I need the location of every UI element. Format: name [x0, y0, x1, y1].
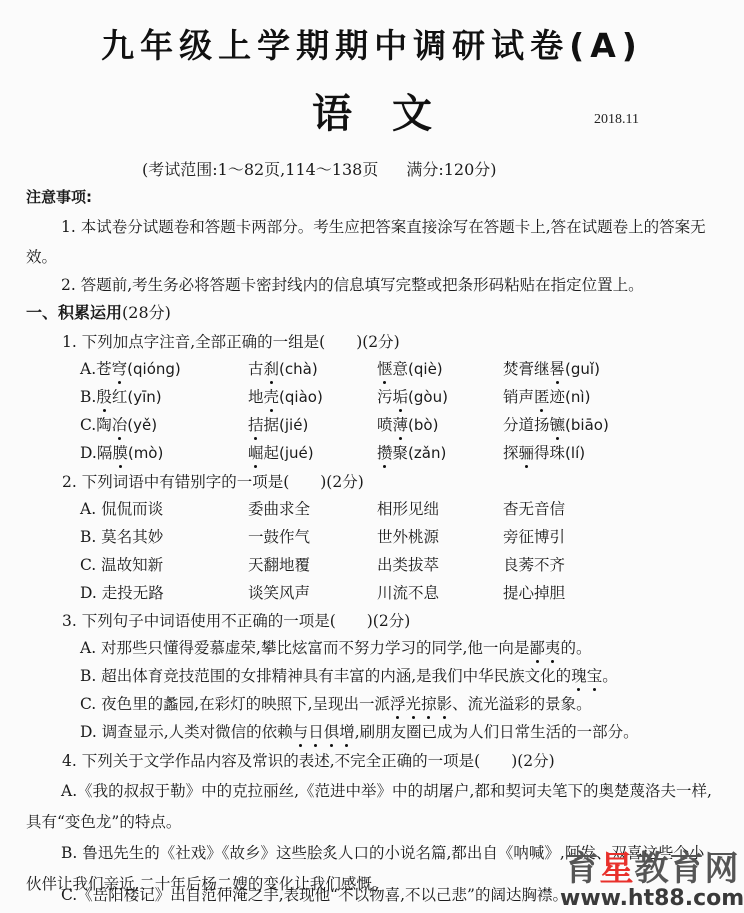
- emphasis-dot-char: 掠: [421, 695, 437, 713]
- emphasis-dot-char: 穹: [112, 360, 128, 378]
- word: 谈笑风声: [248, 584, 310, 602]
- option-word: 谈笑风声: [248, 581, 310, 603]
- word-part: 焚膏继: [503, 360, 550, 378]
- emphasis-dot-char: 鄙: [529, 639, 545, 657]
- option-word: 委曲求全: [248, 497, 310, 519]
- sentence-part: ,刷朋友圈已成为人们日常生活的一部分。: [355, 723, 639, 741]
- emphasis-dot-char: 垢: [393, 388, 409, 406]
- pinyin: (zǎn): [408, 444, 446, 462]
- word-part: 污: [377, 388, 393, 406]
- watermark-logo: 育星教育网 www.ht88.com: [560, 852, 744, 910]
- option-word: 古刹(chà): [248, 357, 318, 379]
- question-1-stem: 1. 下列加点字注音,全部正确的一组是( )(2分): [62, 330, 400, 352]
- option-word: 川流不息: [377, 581, 439, 603]
- emphasis-dot-char: 镳: [550, 416, 566, 434]
- option-word: 出类拔萃: [377, 553, 439, 575]
- emphasis-dot-char: 骊: [519, 444, 535, 462]
- pinyin: (chà): [279, 360, 318, 378]
- word: 侃侃而谈: [101, 500, 163, 518]
- word-part: 迹: [550, 388, 566, 406]
- option-word: 旁征博引: [503, 525, 565, 547]
- section-points: (28分): [122, 303, 171, 322]
- option-word: 崛起(jué): [248, 441, 314, 463]
- notice-item-2: 2. 答题前,考生务必将答题卡密封线内的信息填写完整或把条形码粘贴在指定位置上。: [26, 270, 716, 300]
- word: 旁征博引: [503, 528, 565, 546]
- pinyin: (jié): [279, 416, 308, 434]
- emphasis-dot-char: 浮: [390, 695, 406, 713]
- option-sentence: D. 调查显示,人类对微信的依赖与日俱增,刷朋友圈已成为人们日常生活的一部分。: [80, 720, 639, 742]
- pinyin: (guǐ): [565, 360, 600, 378]
- word: 杳无音信: [503, 500, 565, 518]
- word: 相形见绌: [377, 500, 439, 518]
- option-word: 杳无音信: [503, 497, 565, 519]
- exam-range-line: (考试范围:1～82页,114～138页满分:120分): [142, 157, 497, 180]
- word: 出类拔萃: [377, 556, 439, 574]
- option-word: 分道扬镳(biāo): [503, 413, 609, 435]
- option-label: A.: [80, 500, 101, 518]
- option-word: 世外桃源: [377, 525, 439, 547]
- word: 提心掉胆: [503, 584, 565, 602]
- emphasis-dot-char: 崛: [248, 444, 264, 462]
- exam-date: 2018.11: [594, 112, 639, 128]
- question-4-option-a: A.《我的叔叔于勒》中的克拉丽丝,《范进中举》中的胡屠户,都和契诃夫笔下的奥楚蔑…: [26, 776, 716, 838]
- emphasis-dot-char: 增: [339, 723, 355, 741]
- notice-item-1: 1. 本试卷分试题卷和答题卡两部分。考生应把答案直接涂写在答题卡上,答在试题卷上…: [26, 212, 716, 272]
- option-label: A.: [80, 360, 96, 378]
- pinyin: (gòu): [408, 388, 448, 406]
- option-word: 销声匿迹(nì): [503, 385, 590, 407]
- option-word: 焚膏继晷(guǐ): [503, 357, 600, 379]
- sentence-part: A. 对那些只懂得爱慕虚荣,攀比炫富而不努力学习的同学,他一向是: [80, 639, 529, 657]
- emphasis-dot-char: 日: [308, 723, 324, 741]
- question-4-stem: 4. 下列关于文学作品内容及常识的表述,不完全正确的一项是( )(2分): [62, 749, 555, 771]
- exam-page: 九年级上学期期中调研试卷(A) 语文 2018.11 (考试范围:1～82页,1…: [0, 0, 744, 913]
- word-part: 聚: [393, 444, 409, 462]
- question-2-stem: 2. 下列词语中有错别字的一项是( )(2分): [62, 470, 364, 492]
- pinyin: (qióng): [127, 360, 181, 378]
- sentence-part: D. 调查显示,人类对微信的依赖: [80, 723, 293, 741]
- word: 良莠不齐: [503, 556, 565, 574]
- watermark-url: www.ht88.com: [560, 888, 744, 910]
- sentence-part: 的。: [560, 639, 591, 657]
- pinyin: (bò): [408, 416, 438, 434]
- watermark-brand: 育星教育网: [560, 852, 744, 886]
- option-sentence: B. 超出体育竞技范围的女排精神具有丰富的内涵,是我们中华民族文化的瑰宝。: [80, 664, 618, 686]
- option-word: B. 莫名其妙: [80, 525, 163, 547]
- option-label: D.: [80, 584, 102, 602]
- section-heading: 一、积累运用(28分): [26, 300, 171, 323]
- emphasis-dot-char: 殷: [96, 388, 112, 406]
- watermark-star-char: 星: [600, 849, 635, 889]
- option-word: A.苍穹(qióng): [80, 357, 181, 379]
- pinyin: (mò): [128, 444, 164, 462]
- option-word: 惬意(qiè): [377, 357, 443, 379]
- option-label: B.: [80, 388, 96, 406]
- pinyin: (jué): [279, 444, 314, 462]
- word-part: 陶: [96, 416, 112, 434]
- word-part: 分道扬: [503, 416, 550, 434]
- word-part: 地: [248, 388, 264, 406]
- option-word: 良莠不齐: [503, 553, 565, 575]
- sentence-part: B. 超出体育竞技范围的女排精神具有丰富的内涵,是我们中华民族文化的: [80, 667, 571, 685]
- word: 世外桃源: [377, 528, 439, 546]
- emphasis-dot-char: 宝: [587, 667, 603, 685]
- option-label: B.: [80, 528, 101, 546]
- subject-char-2: 文: [392, 91, 432, 137]
- word: 温故知新: [101, 556, 163, 574]
- emphasis-dot-char: 膜: [112, 444, 128, 462]
- word-part: 红: [112, 388, 128, 406]
- option-word: 提心掉胆: [503, 581, 565, 603]
- word: 川流不息: [377, 584, 439, 602]
- option-word: D. 走投无路: [80, 581, 164, 603]
- sentence-part: C. 夜色里的蠡园,在彩灯的映照下,呈现出一派: [80, 695, 390, 713]
- emphasis-dot-char: 刹: [264, 360, 280, 378]
- exam-range: (考试范围:1～82页,114～138页: [142, 160, 378, 179]
- word-part: 意: [393, 360, 409, 378]
- emphasis-dot-char: 冶: [112, 416, 128, 434]
- word-part: 得珠: [534, 444, 565, 462]
- option-word: 拮据(jié): [248, 413, 308, 435]
- word-part: 据: [264, 416, 280, 434]
- emphasis-dot-char: 夷: [545, 639, 561, 657]
- word: 天翻地覆: [248, 556, 310, 574]
- pinyin: (nì): [565, 388, 590, 406]
- subject-title: 语文: [0, 82, 744, 139]
- word: 莫名其妙: [101, 528, 163, 546]
- pinyin: (yě): [127, 416, 157, 434]
- word-part: 销声: [503, 388, 534, 406]
- emphasis-dot-char: 惬: [377, 360, 393, 378]
- option-word: 攒聚(zǎn): [377, 441, 446, 463]
- emphasis-dot-char: 瑰: [571, 667, 587, 685]
- word-part: 古: [248, 360, 264, 378]
- word: 走投无路: [102, 584, 164, 602]
- word-part: 苍: [96, 360, 112, 378]
- full-score: 满分:120分): [406, 160, 496, 179]
- word: 委曲求全: [248, 500, 310, 518]
- subject-char-1: 语: [312, 91, 352, 137]
- word: 一鼓作气: [248, 528, 310, 546]
- option-word: 天翻地覆: [248, 553, 310, 575]
- emphasis-dot-char: 俱: [324, 723, 340, 741]
- option-word: 污垢(gòu): [377, 385, 448, 407]
- emphasis-dot-char: 攒: [377, 444, 393, 462]
- section-title: 一、积累运用: [26, 303, 122, 322]
- pinyin: (yīn): [127, 388, 161, 406]
- option-word: C. 温故知新: [80, 553, 163, 575]
- word-part: 探: [503, 444, 519, 462]
- notice-heading: 注意事项:: [26, 186, 92, 207]
- emphasis-dot-char: 光: [406, 695, 422, 713]
- option-word: B.殷红(yīn): [80, 385, 162, 407]
- option-word: 地壳(qiào): [248, 385, 323, 407]
- sentence-part: 。: [602, 667, 618, 685]
- option-label: C.: [80, 416, 96, 434]
- option-sentence: A. 对那些只懂得爱慕虚荣,攀比炫富而不努力学习的同学,他一向是鄙夷的。: [80, 636, 591, 658]
- word-part: 起: [264, 444, 280, 462]
- emphasis-dot-char: 匿: [534, 388, 550, 406]
- option-word: A. 侃侃而谈: [80, 497, 163, 519]
- option-word: 一鼓作气: [248, 525, 310, 547]
- option-word: 相形见绌: [377, 497, 439, 519]
- emphasis-dot-char: 与: [293, 723, 309, 741]
- word-part: 喷: [377, 416, 393, 434]
- pinyin: (qiè): [408, 360, 443, 378]
- option-label: D.: [80, 444, 97, 462]
- exam-title: 九年级上学期期中调研试卷(A): [0, 20, 744, 67]
- word-part: 隔: [97, 444, 113, 462]
- emphasis-dot-char: 薄: [393, 416, 409, 434]
- sentence-part: 、流光溢彩的景象。: [452, 695, 592, 713]
- question-3-stem: 3. 下列句子中词语使用不正确的一项是( )(2分): [62, 609, 410, 631]
- emphasis-dot-char: 晷: [550, 360, 566, 378]
- option-sentence: C. 夜色里的蠡园,在彩灯的映照下,呈现出一派浮光掠影、流光溢彩的景象。: [80, 692, 592, 714]
- option-word: C.陶冶(yě): [80, 413, 157, 435]
- option-word: D.隔膜(mò): [80, 441, 163, 463]
- emphasis-dot-char: 拮: [248, 416, 264, 434]
- emphasis-dot-char: 影: [437, 695, 453, 713]
- pinyin: (qiào): [279, 388, 323, 406]
- option-word: 喷薄(bò): [377, 413, 438, 435]
- option-word: 探骊得珠(lí): [503, 441, 585, 463]
- option-label: C.: [80, 556, 101, 574]
- pinyin: (biāo): [565, 416, 609, 434]
- emphasis-dot-char: 壳: [264, 388, 280, 406]
- pinyin: (lí): [565, 444, 585, 462]
